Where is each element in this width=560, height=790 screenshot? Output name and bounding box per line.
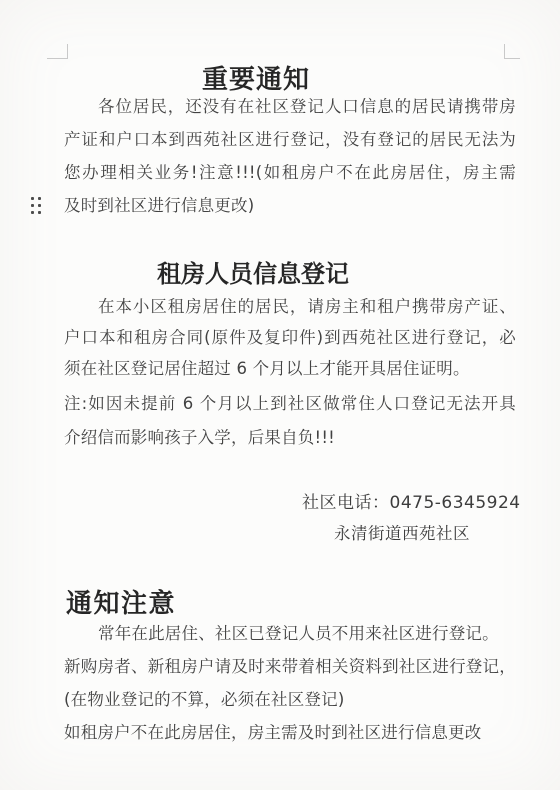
text-line: 各位居民，还没有在社区登记人口信息的居民请携带房: [64, 90, 516, 123]
notice2-paragraph: 在本小区租房居住的居民，请房主和租户携带房产证、 户口本和租房合同(原件及复印件…: [64, 291, 516, 384]
notice-document-page: 重要通知 各位居民，还没有在社区登记人口信息的居民请携带房 产证和户口本到西苑社…: [0, 0, 560, 790]
notice2-title: 租房人员信息登记: [157, 254, 349, 289]
community-name-line: 永清街道西苑社区: [334, 520, 470, 544]
page-corner-mark-icon: [47, 44, 68, 59]
text-line: 介绍信而影响孩子入学，后果自负!!!: [64, 421, 516, 455]
text-line: (在物业登记的不算，必须在社区登记): [64, 683, 516, 716]
text-line: 户口本和租房合同(原件及复印件)到西苑社区进行登记，必: [64, 322, 516, 353]
notice3-title: 通知注意: [66, 583, 176, 620]
text-line: 如租房户不在此房居住，房主需及时到社区进行信息更改: [64, 716, 516, 749]
text-line: 您办理相关业务!注意!!!(如租房户不在此房居住，房主需: [64, 156, 516, 189]
drag-handle-icon[interactable]: [31, 197, 41, 214]
text-line: 及时到社区进行信息更改): [64, 189, 516, 222]
notice1-paragraph: 各位居民，还没有在社区登记人口信息的居民请携带房 产证和户口本到西苑社区进行登记…: [64, 90, 516, 222]
text-line: 在本小区租房居住的居民，请房主和租户携带房产证、: [64, 291, 516, 322]
text-line: 产证和户口本到西苑社区进行登记，没有登记的居民无法为: [64, 123, 516, 156]
text-line: 注:如因未提前 6 个月以上到社区做常住人口登记无法开具: [64, 387, 516, 421]
text-line: 新购房者、新租房户请及时来带着相关资料到社区进行登记，: [64, 650, 516, 683]
page-corner-mark-icon: [504, 44, 520, 59]
community-phone-line: 社区电话：0475-6345924: [302, 488, 521, 513]
notice3-paragraph: 常年在此居住、社区已登记人员不用来社区进行登记。 新购房者、新租房户请及时来带着…: [64, 617, 516, 749]
text-line: 须在社区登记居住超过 6 个月以上才能开具居住证明。: [64, 353, 516, 384]
text-line: 常年在此居住、社区已登记人员不用来社区进行登记。: [64, 617, 516, 650]
notice2-note-paragraph: 注:如因未提前 6 个月以上到社区做常住人口登记无法开具 介绍信而影响孩子入学，…: [64, 387, 516, 455]
